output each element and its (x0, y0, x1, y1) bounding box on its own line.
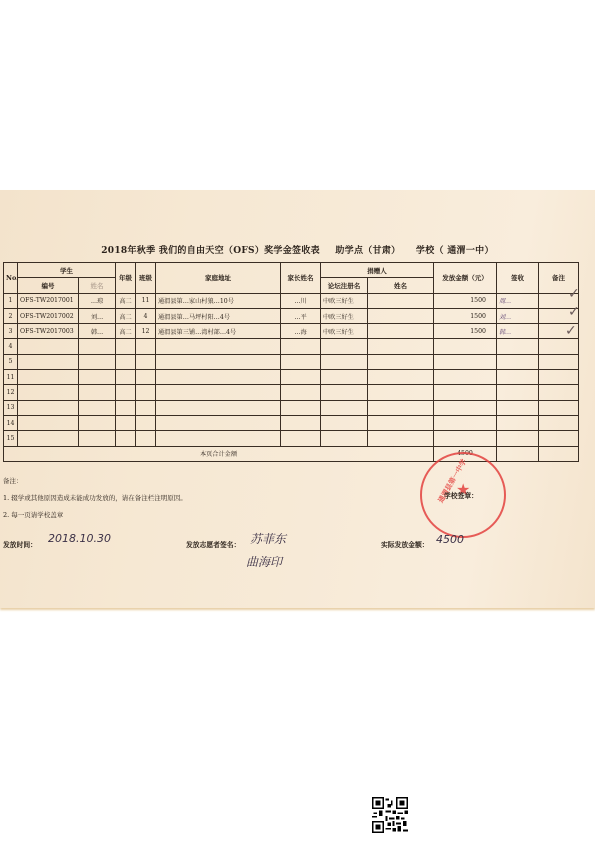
header-signature: 签收 (497, 263, 539, 294)
cell-student-id: OFS-TW2017001 (18, 293, 79, 308)
cell-no: 5 (4, 354, 18, 369)
cell-address: 通渭县第…马坪村阳…4号 (156, 308, 281, 323)
volunteer-signature-1: 苏菲东 (250, 530, 286, 547)
cell-forum-name: 中欧三好生 (321, 324, 368, 339)
table-row: 3 OFS-TW2017003 韩… 高二 12 通渭县第三铺…湾村部…4号 …… (4, 324, 579, 339)
cell-address: 通渭县第…家山村狼…10号 (156, 293, 281, 308)
qr-code (372, 797, 408, 833)
title-school: 学校（ 通渭一中） (416, 246, 494, 256)
header-no: No. (4, 263, 18, 294)
cell-parent: …平 (281, 308, 321, 323)
table-row-empty: 14 (4, 415, 579, 430)
volunteer-signature-2: 曲海印 (246, 553, 282, 570)
cell-student-name: 韩… (79, 324, 116, 339)
header-donor-forum-name: 论坛注册名 (321, 278, 368, 293)
issue-date-label: 发放时间： (3, 539, 37, 549)
total-row: 本页合计金额 4500 (4, 446, 579, 461)
checkmark-icon: ✓ (568, 286, 580, 302)
table-row: 2 OFS-TW2017002 刘… 高二 4 通渭县第…马坪村阳…4号 …平 … (4, 308, 579, 323)
table-row-empty: 5 (4, 354, 579, 369)
cell-donor-name (368, 324, 434, 339)
cell-no: 11 (4, 370, 18, 385)
table-row-empty: 13 (4, 400, 579, 415)
cell-student-id: OFS-TW2017003 (18, 324, 79, 339)
cell-no: 13 (4, 400, 18, 415)
cell-class: 11 (136, 293, 156, 308)
cell-donor-name (368, 308, 434, 323)
volunteer-signature-label: 发放志愿者签名： (186, 539, 240, 549)
cell-grade: 高二 (116, 324, 136, 339)
cell-student-id: OFS-TW2017002 (18, 308, 79, 323)
table-row-empty: 4 (4, 339, 579, 354)
header-student: 学生 (18, 263, 116, 278)
checkmark-icon: ✓ (568, 304, 580, 320)
total-label: 本页合计金额 (4, 446, 434, 461)
header-address: 家庭地址 (156, 263, 281, 294)
cell-parent: …海 (281, 324, 321, 339)
notes-section: 备注： 1. 辍学或其他原因造成未能成功发放的，请在备注栏注明原因。 2. 每一… (3, 473, 187, 524)
notes-heading: 备注： (3, 473, 187, 490)
cell-no: 2 (4, 308, 18, 323)
qr-code-icon (372, 797, 408, 833)
notes-item-1: 1. 辍学或其他原因造成未能成功发放的，请在备注栏注明原因。 (3, 490, 187, 507)
table-row-empty: 15 (4, 431, 579, 446)
document-title: 2018年秋季 我们的自由天空（OFS）奖学金签收表 助学点（甘肃） 学校（ 通… (0, 243, 595, 256)
cell-no: 3 (4, 324, 18, 339)
school-seal-label: 学校签章： (444, 490, 478, 500)
cell-amount: 1500 (434, 308, 497, 323)
header-grade: 年级 (116, 263, 136, 294)
cell-signature: 韩… (497, 324, 539, 339)
checkmark-icon: ✓ (565, 323, 577, 339)
cell-forum-name: 中欧三好生 (321, 293, 368, 308)
header-parent-name: 家长姓名 (281, 263, 321, 294)
cell-amount: 1500 (434, 293, 497, 308)
cell-parent: …川 (281, 293, 321, 308)
cell-no: 12 (4, 385, 18, 400)
table-row: 1 OFS-TW2017001 …琼 高二 11 通渭县第…家山村狼…10号 …… (4, 293, 579, 308)
cell-donor-name (368, 293, 434, 308)
cell-signature: 刘… (497, 308, 539, 323)
cell-class: 4 (136, 308, 156, 323)
table-row-empty: 12 (4, 385, 579, 400)
header-donor-name: 姓名 (368, 278, 434, 293)
table-row-empty: 11 (4, 370, 579, 385)
cell-no: 4 (4, 339, 18, 354)
cell-class: 12 (136, 324, 156, 339)
header-class: 班级 (136, 263, 156, 294)
header-donor: 捐赠人 (321, 263, 434, 278)
cell-no: 15 (4, 431, 18, 446)
actual-amount-value: 4500 (436, 533, 464, 546)
scholarship-receipt-table: No. 学生 年级 班级 家庭地址 家长姓名 捐赠人 发放金额（元） 签收 备注… (3, 262, 579, 462)
notes-item-2: 2. 每一页请学校盖章 (3, 507, 187, 524)
cell-grade: 高二 (116, 293, 136, 308)
title-site: 助学点（甘肃） (335, 246, 400, 256)
cell-student-name: 刘… (79, 308, 116, 323)
actual-amount-label: 实际发放金额： (381, 539, 429, 549)
header-student-name: 姓名 (79, 278, 116, 293)
cell-signature: 周… (497, 293, 539, 308)
cell-forum-name: 中欧三好生 (321, 308, 368, 323)
title-main: 2018年秋季 我们的自由天空（OFS）奖学金签收表 (101, 246, 320, 256)
cell-amount: 1500 (434, 324, 497, 339)
issue-date-value: 2018.10.30 (48, 532, 111, 545)
header-student-id: 编号 (18, 278, 79, 293)
cell-address: 通渭县第三铺…湾村部…4号 (156, 324, 281, 339)
cell-grade: 高二 (116, 308, 136, 323)
cell-no: 1 (4, 293, 18, 308)
cell-student-name: …琼 (79, 293, 116, 308)
header-amount: 发放金额（元） (434, 263, 497, 294)
cell-no: 14 (4, 415, 18, 430)
